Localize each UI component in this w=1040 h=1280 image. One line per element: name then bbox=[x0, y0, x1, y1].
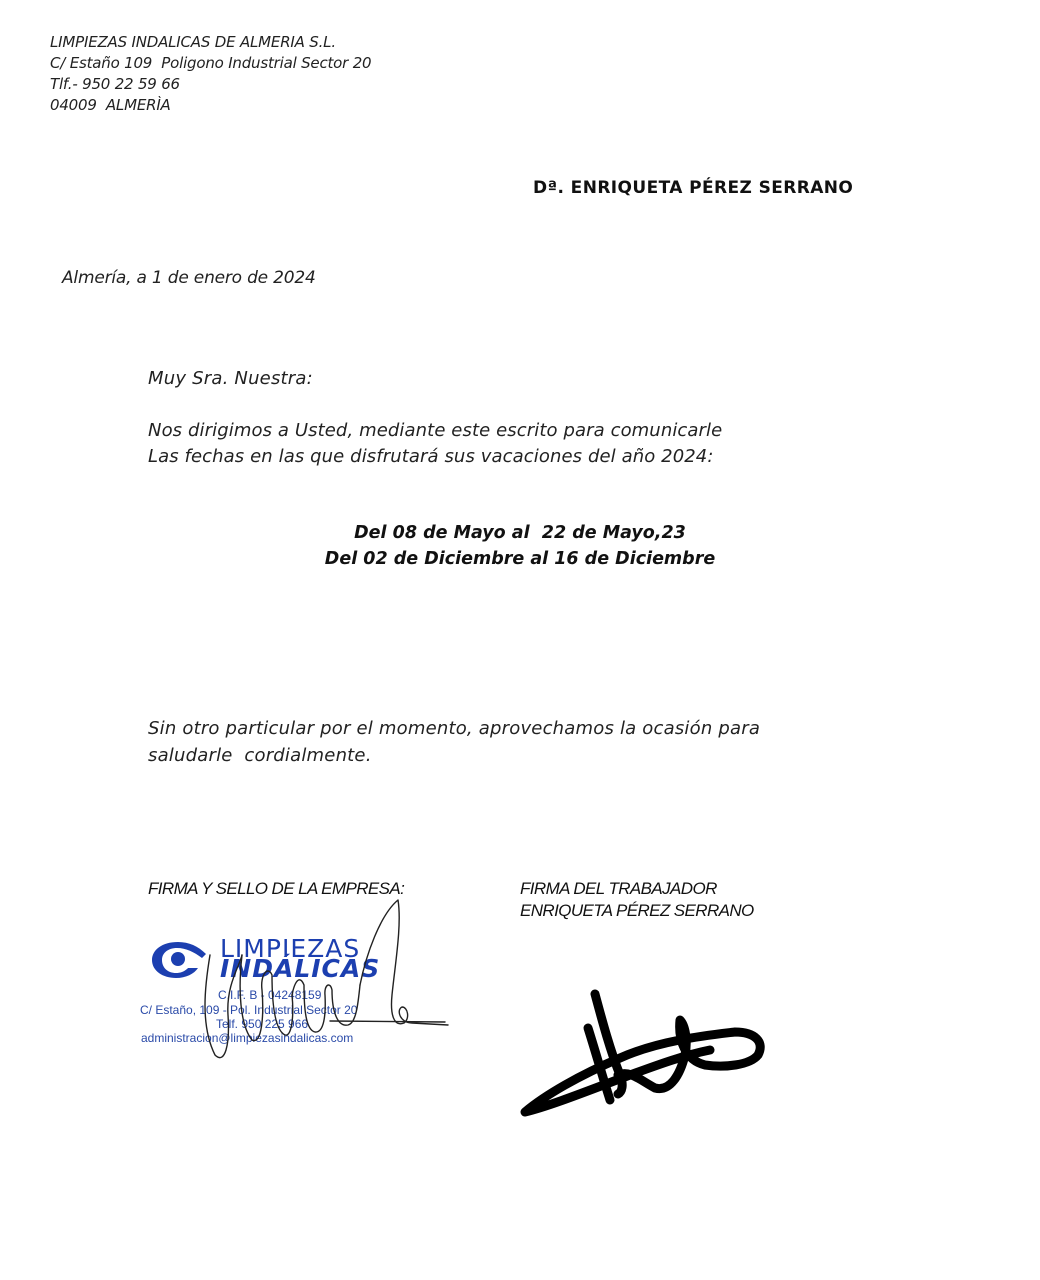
body-line: Las fechas en las que disfrutará sus vac… bbox=[148, 444, 722, 470]
worker-signature-title: FIRMA DEL TRABAJADOR bbox=[520, 878, 754, 900]
recipient-name: Dª. ENRIQUETA PÉREZ SERRANO bbox=[533, 178, 853, 198]
sender-company-name: LIMPIEZAS INDALICAS DE ALMERIA S.L. bbox=[50, 32, 371, 53]
body-paragraph: Nos dirigimos a Usted, mediante este esc… bbox=[148, 418, 722, 470]
closing-paragraph: Sin otro particular por el momento, apro… bbox=[148, 715, 760, 769]
vacation-period: Del 02 de Diciembre al 16 de Diciembre bbox=[0, 546, 1040, 572]
worker-signature-label: FIRMA DEL TRABAJADOR ENRIQUETA PÉREZ SER… bbox=[520, 878, 754, 922]
body-line: Nos dirigimos a Usted, mediante este esc… bbox=[148, 418, 722, 444]
place-date: Almería, a 1 de enero de 2024 bbox=[62, 268, 316, 288]
salutation: Muy Sra. Nuestra: bbox=[148, 368, 313, 389]
closing-line: saludarle cordialmente. bbox=[148, 742, 760, 769]
sender-address-block: LIMPIEZAS INDALICAS DE ALMERIA S.L. C/ E… bbox=[50, 32, 371, 116]
sender-phone: Tlf.- 950 22 59 66 bbox=[50, 74, 371, 95]
vacation-periods: Del 08 de Mayo al 22 de Mayo,23 Del 02 d… bbox=[0, 520, 1040, 572]
letter-page: LIMPIEZAS INDALICAS DE ALMERIA S.L. C/ E… bbox=[0, 0, 1040, 1280]
company-stamp: LIMPIEZAS INDÁLICAS C.I.F. B - 04248159 … bbox=[138, 930, 418, 1050]
worker-signature-name: ENRIQUETA PÉREZ SERRANO bbox=[520, 900, 754, 922]
stamp-address: C/ Estaño, 109 - Pol. Industrial Sector … bbox=[140, 1003, 357, 1017]
sender-street: C/ Estaño 109 Poligono Industrial Sector… bbox=[50, 53, 371, 74]
stamp-email: administracion@limpiezasindalicas.com bbox=[141, 1031, 353, 1045]
stamp-phone: Telf. 950 225 966 bbox=[216, 1017, 308, 1031]
worker-handwritten-signature bbox=[510, 980, 780, 1140]
company-logo-icon bbox=[148, 938, 208, 982]
vacation-period: Del 08 de Mayo al 22 de Mayo,23 bbox=[0, 520, 1040, 546]
closing-line: Sin otro particular por el momento, apro… bbox=[148, 715, 760, 742]
sender-postal-city: 04009 ALMERÌA bbox=[50, 95, 371, 116]
stamp-cif: C.I.F. B - 04248159 bbox=[218, 988, 321, 1002]
stamp-brand-line2: INDÁLICAS bbox=[220, 956, 380, 982]
company-signature-label: FIRMA Y SELLO DE LA EMPRESA: bbox=[148, 878, 404, 900]
